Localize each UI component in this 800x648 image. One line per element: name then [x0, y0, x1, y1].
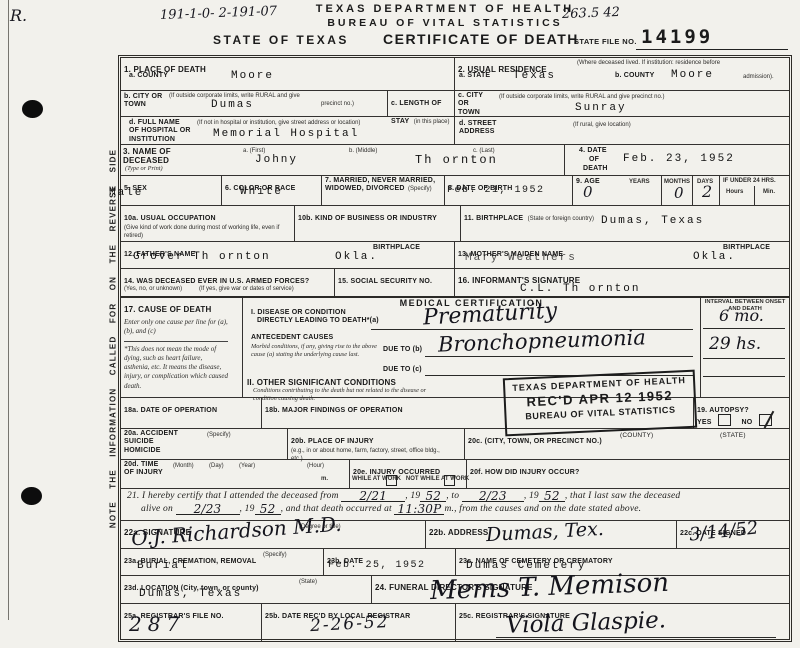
- interval-rule-3: [703, 376, 785, 377]
- cause-instruction: Enter only one cause per line for (a), (…: [124, 318, 232, 336]
- marital-cell: 7. MARRIED, NEVER MARRIED, WIDOWED, DIVO…: [322, 176, 445, 205]
- father-bp-value: Okla.: [335, 251, 378, 263]
- county-value: Moore: [231, 70, 274, 82]
- hospital-value: Memorial Hospital: [213, 128, 359, 140]
- age-hours-min-divider: [754, 186, 755, 206]
- other-conditions-label: II. OTHER SIGNIFICANT CONDITIONS: [247, 378, 396, 387]
- certifier-signature-cell: 22a. SIGNATURE (Degree or title) O.J. Ri…: [121, 521, 426, 548]
- burial-date-cell: 23b. DATE Feb. 25, 1952: [324, 549, 456, 575]
- how-injury-cell: 20f. HOW DID INJURY OCCUR?: [467, 460, 789, 488]
- mother-bp-value: Okla.: [693, 251, 736, 263]
- name-of-deceased-cell: 3. NAME OF DECEASED (Type or Print) a. (…: [121, 145, 565, 175]
- age-days-value: 2: [702, 182, 712, 201]
- place-city-value: Dumas: [211, 99, 254, 111]
- middle-label: b. (Middle): [349, 148, 377, 156]
- certifier-date-cell: 22c. DATE SIGNED 3/14/52: [677, 521, 789, 548]
- certification-line-2: alive on 2/23, 1952, and that death occu…: [141, 504, 783, 515]
- street-address-cell: d. STREET ADDRESS (If rural, give locati…: [455, 117, 789, 144]
- accident-label: 20a. ACCIDENT SUICIDE HOMICIDE: [124, 430, 190, 455]
- injury-state-label: (STATE): [720, 432, 746, 440]
- operation-findings-label: 18b. MAJOR FINDINGS OF OPERATION: [265, 407, 403, 414]
- residence-county-label: b. COUNTY: [615, 72, 655, 80]
- residence-city-note: (If outside corporate limits, write RURA…: [499, 94, 665, 102]
- residence-note2: admission).: [743, 74, 774, 82]
- interval-cell: INTERVAL BETWEEN ONSET AND DEATH 6 mo. 2…: [701, 298, 789, 397]
- row-registrar: 25a. REGISTRAR'S FILE NO. 287 25b. DATE …: [121, 604, 789, 641]
- age-months-value: 0: [674, 184, 684, 202]
- dod-label-2: OF: [589, 156, 599, 164]
- registrar-date-value: 2-26-52: [310, 612, 391, 636]
- row-place-residence-a: 1. PLACE OF DEATH a. COUNTY Moore 2. USU…: [121, 58, 789, 91]
- certify-p1: 21. I hereby certify that I attended the…: [127, 491, 339, 501]
- state-file-no-label: STATE FILE NO.: [574, 37, 637, 46]
- dob-cell: 8. DATE OF BIRTH Feb. 21, 1952: [445, 176, 573, 205]
- injury-occurred-options: WHILE AT WORK NOT WHILE AT WORK: [352, 471, 457, 489]
- industry-label: 10b. KIND OF BUSINESS OR INDUSTRY: [298, 215, 437, 222]
- punch-hole-bottom: [21, 487, 42, 505]
- residence-city-cell: c. CITY OR TOWN (If outside corporate li…: [455, 91, 789, 116]
- hospital-label: d. FULL NAME OF HOSPITAL OR INSTITUTION: [129, 119, 191, 144]
- residence-city-value: Sunray: [575, 102, 627, 114]
- registrar-signature-value: Viola Glaspie.: [506, 607, 667, 639]
- age-under-label: IF UNDER 24 HRS.: [723, 178, 776, 186]
- row-hospital-street: d. FULL NAME OF HOSPITAL OR INSTITUTION …: [121, 117, 789, 145]
- length-of-stay-cell: c. LENGTH OF STAY (in this place): [388, 91, 455, 116]
- certify-p3: , that I last saw the deceased: [565, 491, 681, 501]
- dob-value: Feb. 21, 1952: [447, 185, 545, 196]
- death-certificate-scan: R. NOTE THE INFORMATION CALLED FOR ON TH…: [0, 0, 800, 648]
- age-cell: 9. AGE YEARS 0 MONTHS 0 DAYS 2 IF UNDER …: [573, 176, 789, 205]
- autopsy-no-label: NO: [742, 419, 753, 426]
- residence-city-label: c. CITY OR TOWN: [458, 92, 492, 117]
- age-hours-label: Hours: [726, 189, 743, 197]
- date-of-death-cell: 4. DATE OF DEATH Feb. 23, 1952: [565, 145, 789, 175]
- accident-note: (Specify): [207, 432, 231, 440]
- registrar-date-cell: 25b. DATE REC'D BY LOCAL REGISTRAR 2-26-…: [262, 604, 456, 641]
- injury-hour-label: (Hour): [307, 463, 324, 471]
- marital-note: (Specify): [408, 186, 432, 194]
- funeral-director-cell: 24. FUNERAL DIRECTOR'S SIGNATURE Mems T.…: [372, 576, 789, 603]
- certify-from-year: 52: [420, 492, 446, 502]
- punch-hole-top: [22, 100, 43, 118]
- place-of-injury-label: 20b. PLACE OF INJURY: [291, 438, 374, 445]
- interval-rule-1: [703, 328, 785, 329]
- injury-time-cell: 20d. TIME OF INJURY (Month) (Day) (Year)…: [121, 460, 350, 488]
- sex-cell: 5. SEX Male: [121, 176, 222, 205]
- residence-state-county-cell: 2. USUAL RESIDENCE (Where deceased lived…: [455, 58, 789, 90]
- age-min-label: Min.: [763, 189, 775, 197]
- cause-line-a-label2: DIRECTLY LEADING TO DEATH*(a): [257, 317, 379, 325]
- burial-note: (Specify): [263, 552, 287, 560]
- injury-while-label: WHILE AT WORK: [352, 476, 380, 484]
- street-note: (If rural, give location): [573, 122, 631, 130]
- place-of-injury-cell: 20b. PLACE OF INJURY (e.g., in or about …: [288, 429, 465, 459]
- mother-cell: 13. MOTHER'S MAIDEN NAME Mary Weathers B…: [455, 242, 789, 268]
- row-disposition: 23a. BURIAL, CREMATION, REMOVAL (Specify…: [121, 549, 789, 576]
- handwritten-code-left: 191-1-0- 2-191-07: [160, 4, 278, 23]
- file-no-underline: [636, 49, 788, 50]
- row-certification: 21. I hereby certify that I attended the…: [121, 489, 789, 521]
- forces-note: (Yes, no, or unknown): [124, 286, 182, 294]
- birthplace-label: 11. BIRTHPLACE: [464, 215, 523, 222]
- age-years-value: 0: [583, 183, 593, 201]
- age-months-box: MONTHS 0: [662, 176, 693, 205]
- birthplace-cell: 11. BIRTHPLACE (State or foreign country…: [461, 206, 789, 241]
- injury-year-label: (Year): [239, 463, 255, 471]
- header-bureau: BUREAU OF VITAL STATISTICS: [327, 17, 562, 29]
- row-city-stay: b. CITY OR TOWN (If outside corporate li…: [121, 91, 789, 117]
- birthplace-value: Dumas, Texas: [601, 215, 704, 227]
- certify-y19c: , 19: [240, 504, 255, 514]
- autopsy-cell: 19. AUTOPSY? YES NO: [694, 398, 789, 428]
- burial-date-value: Feb. 25, 1952: [328, 560, 426, 571]
- county-label: a. COUNTY: [129, 72, 168, 80]
- row-forces-informant: 14. WAS DECEASED EVER IN U.S. ARMED FORC…: [121, 269, 789, 298]
- race-value: White: [240, 186, 283, 198]
- how-injury-label: 20f. HOW DID INJURY OCCUR?: [470, 469, 579, 476]
- occupation-label: 10a. USUAL OCCUPATION: [124, 215, 216, 222]
- deceased-subtitle: (Type or Print): [125, 165, 163, 173]
- injury-city-label: 20c. (CITY, TOWN, OR PRECINCT NO.): [468, 438, 602, 445]
- forces-label: 14. WAS DECEASED EVER IN U.S. ARMED FORC…: [124, 278, 309, 285]
- row-location-funeral: 23d. LOCATION (City, town, or county) (S…: [121, 576, 789, 604]
- informant-cell: 16. INFORMANT'S SIGNATURE C.L. Th ornton: [455, 269, 789, 296]
- dod-label-1: 4. DATE: [579, 147, 607, 155]
- injury-day-label: (Day): [209, 463, 224, 471]
- injury-county-label: (COUNTY): [620, 432, 653, 440]
- first-name-value: Johny: [255, 154, 298, 166]
- hospital-note: (If not in hospital or institution, give…: [197, 120, 427, 128]
- registrar-file-cell: 25a. REGISTRAR'S FILE NO. 287: [121, 604, 262, 641]
- place-city-note2: precinct no.): [321, 101, 354, 109]
- cause-label-cell: 17. CAUSE OF DEATH Enter only one cause …: [121, 298, 243, 397]
- due-b-value: Bronchopneumonia: [438, 325, 647, 356]
- row-name-dod: 3. NAME OF DECEASED (Type or Print) a. (…: [121, 145, 789, 176]
- age-main-box: 9. AGE YEARS 0: [573, 176, 662, 205]
- location-note: (State): [299, 579, 317, 587]
- injury-while-checkbox: [386, 475, 397, 486]
- forces-note2: (If yes, give war or dates of service): [199, 286, 294, 294]
- informant-value: C.L. Th ornton: [520, 283, 640, 295]
- cause-footnote: *This does not mean the mode of dying, s…: [124, 341, 228, 390]
- dod-value: Feb. 23, 1952: [623, 153, 735, 165]
- autopsy-no-checkbox: [759, 414, 772, 426]
- header-state: STATE OF TEXAS: [213, 33, 349, 47]
- burial-cell: 23a. BURIAL, CREMATION, REMOVAL (Specify…: [121, 549, 324, 575]
- interval-a-value: 6 mo.: [719, 306, 764, 325]
- autopsy-yes-checkbox: [718, 414, 731, 426]
- injury-notwhile-label: NOT WHILE AT WORK: [406, 476, 438, 484]
- place-city-label: b. CITY OR TOWN: [124, 93, 164, 110]
- occupation-cell: 10a. USUAL OCCUPATION (Give kind of work…: [121, 206, 295, 241]
- injury-time-label: 20d. TIME OF INJURY: [124, 461, 168, 478]
- certify-y19a: , 19: [405, 491, 420, 501]
- location-value: Dumas, Texas: [139, 588, 242, 600]
- injury-month-label: (Month): [173, 463, 194, 471]
- certify-to-value: 2/23: [462, 492, 524, 502]
- received-stamp: TEXAS DEPARTMENT OF HEALTH REC'D APR 12 …: [503, 370, 697, 437]
- certify-time-value: 11:30P: [394, 505, 444, 515]
- registrar-signature-rule: [496, 637, 776, 638]
- injury-notwhile-checkbox: [444, 475, 455, 486]
- row-parents: 12. FATHER'S NAME Grover Th ornton BIRTH…: [121, 242, 789, 269]
- row-certifier: 22a. SIGNATURE (Degree or title) O.J. Ri…: [121, 521, 789, 549]
- ssn-label: 15. SOCIAL SECURITY NO.: [338, 278, 432, 285]
- injury-occurred-cell: 20e. INJURY OCCURRED WHILE AT WORK NOT W…: [350, 460, 467, 488]
- injury-m-label: m.: [321, 476, 328, 484]
- row-injury-place: 20a. ACCIDENT SUICIDE HOMICIDE (Specify)…: [121, 429, 789, 460]
- father-cell: 12. FATHER'S NAME Grover Th ornton BIRTH…: [121, 242, 455, 268]
- cause-line-a-label: I. DISEASE OR CONDITION: [251, 309, 346, 317]
- header-department: TEXAS DEPARTMENT OF HEALTH: [316, 3, 574, 15]
- autopsy-no-mark: [764, 411, 774, 429]
- autopsy-options: YES NO: [697, 411, 774, 429]
- occupation-note: (Give kind of work done during most of w…: [124, 225, 284, 240]
- certify-from-value: 2/21: [341, 492, 405, 502]
- sex-value: Male: [109, 187, 143, 199]
- row-injury-time: 20d. TIME OF INJURY (Month) (Day) (Year)…: [121, 460, 789, 489]
- certifier-addr-label: 22b. ADDRESS: [429, 528, 488, 537]
- residence-note: (Where deceased lived. If institution: r…: [577, 60, 787, 68]
- due-c-label: DUE TO (c): [383, 366, 422, 374]
- certify-p4: alive on: [141, 504, 173, 514]
- age-years-label: YEARS: [629, 179, 650, 187]
- armed-forces-cell: 14. WAS DECEASED EVER IN U.S. ARMED FORC…: [121, 269, 335, 296]
- industry-cell: 10b. KIND OF BUSINESS OR INDUSTRY: [295, 206, 461, 241]
- deceased-title: 3. NAME OF DECEASED: [123, 147, 193, 165]
- autopsy-yes-label: YES: [697, 419, 712, 426]
- due-b-label: DUE TO (b): [383, 346, 422, 354]
- residence-state-value: Texas: [513, 70, 556, 82]
- residence-county-value: Moore: [671, 69, 714, 81]
- certify-p2: , to: [446, 491, 459, 501]
- due-b-rule: [425, 356, 693, 357]
- birthplace-note: (State or foreign country): [528, 216, 594, 222]
- certify-to-year: 52: [539, 492, 565, 502]
- certifier-date-value: 3/14/52: [688, 517, 759, 545]
- left-edge-rule: [8, 0, 9, 620]
- certification-line-1: 21. I hereby certify that I attended the…: [127, 491, 783, 502]
- certifier-address-value: Dumas, Tex.: [486, 518, 605, 546]
- certification-cell: 21. I hereby certify that I attended the…: [121, 489, 789, 520]
- interval-rule-2: [703, 358, 785, 359]
- place-city-cell: b. CITY OR TOWN (If outside corporate li…: [121, 91, 388, 116]
- operation-date-cell: 18a. DATE OF OPERATION: [121, 398, 262, 428]
- corner-mark: R.: [10, 6, 27, 25]
- operation-date-label: 18a. DATE OF OPERATION: [124, 407, 217, 414]
- margin-note: NOTE THE INFORMATION CALLED FOR ON THE R…: [109, 114, 118, 564]
- antecedent-note: Morbid conditions, if any, giving rise t…: [251, 343, 379, 359]
- mother-value: Mary Weathers: [465, 252, 577, 264]
- certify-p6: m., from the causes and on the date stat…: [444, 504, 641, 514]
- header-title: CERTIFICATE OF DEATH: [383, 31, 579, 47]
- interval-b-value: 29 hs.: [709, 334, 761, 354]
- last-name-value: Th ornton: [415, 153, 498, 167]
- certify-alive-year: 52: [255, 505, 281, 515]
- antecedent-label: ANTECEDENT CAUSES: [251, 334, 333, 342]
- certify-y19b: , 19: [524, 491, 539, 501]
- state-file-no-value: 14199: [641, 26, 713, 48]
- burial-value: Burial: [137, 560, 189, 572]
- hospital-cell: d. FULL NAME OF HOSPITAL OR INSTITUTION …: [121, 117, 455, 144]
- dod-label-3: DEATH: [583, 165, 608, 173]
- registrar-file-value: 287: [129, 612, 185, 636]
- street-label: d. STREET ADDRESS: [459, 120, 501, 137]
- cemetery-value: Dumas Cemetery: [466, 560, 586, 572]
- father-value: Grover Th ornton: [133, 251, 271, 263]
- cause-label: 17. CAUSE OF DEATH: [124, 305, 211, 314]
- place-of-death-county-cell: 1. PLACE OF DEATH a. COUNTY Moore: [121, 58, 455, 90]
- certifier-address-cell: 22b. ADDRESS Dumas, Tex.: [426, 521, 677, 548]
- certify-alive-value: 2/23: [176, 505, 240, 515]
- certificate-form: 1. PLACE OF DEATH a. COUNTY Moore 2. USU…: [120, 57, 790, 640]
- registrar-signature-cell: 25c. REGISTRAR'S SIGNATURE Viola Glaspie…: [456, 604, 789, 641]
- age-days-box: DAYS 2: [693, 176, 720, 205]
- race-cell: 6. COLOR OR RACE White: [222, 176, 322, 205]
- ssn-cell: 15. SOCIAL SECURITY NO.: [335, 269, 455, 296]
- age-under24-box: IF UNDER 24 HRS. Hours Min.: [720, 176, 789, 205]
- residence-state-label: a. STATE: [459, 72, 490, 80]
- row-vitals: 5. SEX Male 6. COLOR OR RACE White 7. MA…: [121, 176, 789, 206]
- father-bp-label: BIRTHPLACE: [373, 244, 420, 252]
- row-occupation: 10a. USUAL OCCUPATION (Give kind of work…: [121, 206, 789, 242]
- burial-location-cell: 23d. LOCATION (City, town, or county) (S…: [121, 576, 372, 603]
- accident-cell: 20a. ACCIDENT SUICIDE HOMICIDE (Specify): [121, 429, 288, 459]
